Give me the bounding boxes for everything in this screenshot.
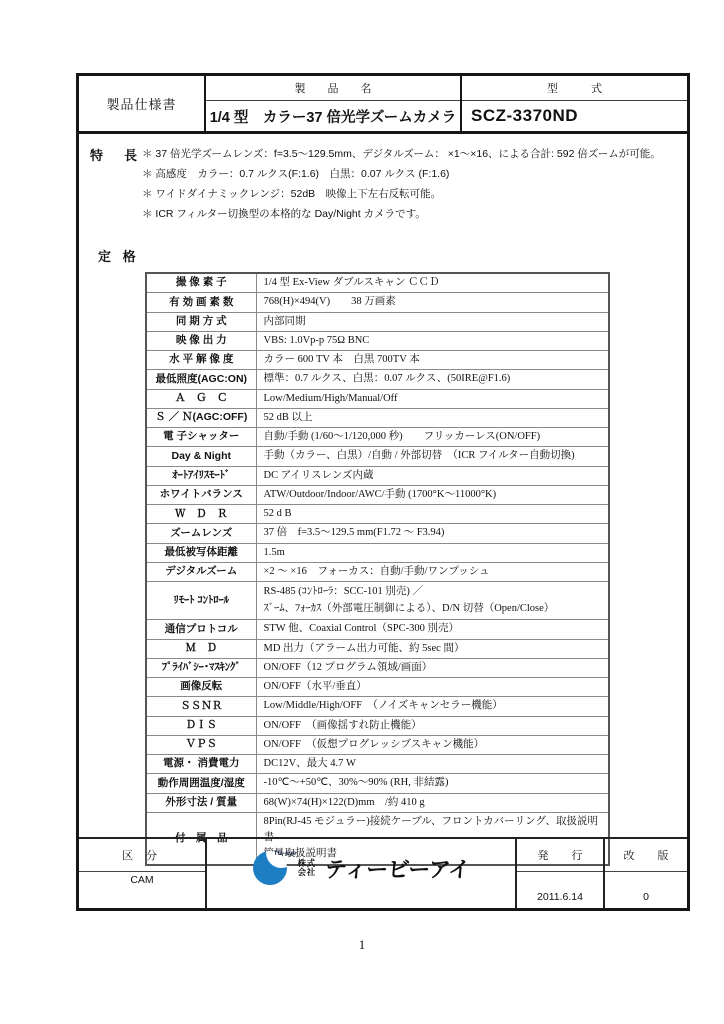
table-row: 動作周囲温度/湿度-10℃～+50℃、30%～90% (RH, 非結露) — [146, 774, 609, 793]
company-logo: TB-eye 株式会社 ティービーアイ — [253, 850, 470, 886]
features-list: ＊ 37 倍光学ズームレンズ：f=3.5～129.5mm、デジタルズーム： ×1… — [142, 144, 661, 224]
table-row: Ｍ ＤMD 出力（アラーム出力可能、約 5sec 間） — [146, 639, 609, 658]
logo-cell: TB-eye 株式会社 ティービーアイ — [207, 839, 515, 908]
spec-value: カラー 600 TV 本 白黒 700TV 本 — [256, 351, 609, 370]
company-prefix: 株式会社 — [298, 859, 316, 878]
spec-table: 撮 像 素 子1/4 型 Ex-View ダブルスキャン ＣＣＤ 有 効 画 素… — [145, 272, 610, 866]
model-label: 型 式 — [462, 76, 687, 101]
document-header: 製品仕様書 製 品 名 1/4 型 カラー37 倍光学ズームカメラ 型 式 SC… — [79, 76, 687, 134]
feature-item: ＊ 高感度 カラー：0.7 ルクス(F:1.6) 白黒：0.07 ルクス (F:… — [142, 164, 661, 184]
table-row: 撮 像 素 子1/4 型 Ex-View ダブルスキャン ＣＣＤ — [146, 273, 609, 293]
spec-value: 52 dB 以上 — [256, 408, 609, 427]
spec-label: Day & Night — [146, 447, 256, 466]
table-row: 水 平 解 像 度カラー 600 TV 本 白黒 700TV 本 — [146, 351, 609, 370]
table-row: Day & Night手動（カラー、白黒）/自動 / 外部切替 （ICR フイル… — [146, 447, 609, 466]
spec-value: DC12V、最大 4.7 W — [256, 755, 609, 774]
spec-sheet-page: 製品仕様書 製 品 名 1/4 型 カラー37 倍光学ズームカメラ 型 式 SC… — [0, 0, 724, 1024]
table-row: 映 像 出 力VBS: 1.0Vp-p 75Ω BNC — [146, 331, 609, 350]
spec-value: 768(H)×494(V) 38 万画素 — [256, 293, 609, 312]
spec-value: -10℃～+50℃、30%～90% (RH, 非結露) — [256, 774, 609, 793]
table-row: ＤＩＳON/OFF （画像揺すれ防止機能） — [146, 716, 609, 735]
spec-label: ﾌﾟﾗｲﾊﾞｼｰ･ﾏｽｷﾝｸﾞ — [146, 658, 256, 677]
issue-date: 2011.6.14 — [517, 872, 603, 908]
model-number: SCZ-3370ND — [462, 101, 687, 131]
spec-value: RS-485 (ｺﾝﾄﾛｰﾗ：SCC-101 別売) ／ ｽﾞｰﾑ、ﾌｫｰｶｽ（… — [256, 582, 609, 620]
spec-label: 電 子シャッター — [146, 428, 256, 447]
spec-value: STW 他、Coaxial Control（SPC-300 別売） — [256, 620, 609, 639]
category-column: 区 分 CAM — [79, 839, 207, 908]
doc-title: 製品仕様書 — [79, 76, 206, 131]
spec-label: 映 像 出 力 — [146, 331, 256, 350]
table-row: ズームレンズ37 倍 f=3.5～129.5 mm(F1.72 ～ F3.94) — [146, 524, 609, 543]
spec-value: ON/OFF（12 プログラム領域/画面） — [256, 658, 609, 677]
ratings-heading: 定 格 — [98, 246, 687, 265]
table-row: ＳＳＮＲLow/Middle/High/OFF （ノイズキャンセラー機能） — [146, 697, 609, 716]
table-row: ホワイトバランスATW/Outdoor/Indoor/AWC/手動 (1700°… — [146, 485, 609, 504]
spec-label: Ａ Ｇ Ｃ — [146, 389, 256, 408]
table-row: 外形寸法 / 質量68(W)×74(H)×122(D)mm /約 410 g — [146, 793, 609, 812]
spec-label: ＤＩＳ — [146, 716, 256, 735]
spec-value: ON/OFF（水平/垂直） — [256, 678, 609, 697]
table-row: 有 効 画 素 数768(H)×494(V) 38 万画素 — [146, 293, 609, 312]
spec-label: Ｓ ／ Ｎ(AGC:OFF) — [146, 408, 256, 427]
spec-value: 37 倍 f=3.5～129.5 mm(F1.72 ～ F3.94) — [256, 524, 609, 543]
spec-value: ×2 ～ ×16 フォーカス：自動/手動/ワンプッシュ — [256, 562, 609, 581]
table-row: 同 期 方 式内部同期 — [146, 312, 609, 331]
spec-label: 動作周囲温度/湿度 — [146, 774, 256, 793]
product-name-column: 製 品 名 1/4 型 カラー37 倍光学ズームカメラ — [206, 76, 462, 131]
spec-label: ﾘﾓｰﾄ ｺﾝﾄﾛｰﾙ — [146, 582, 256, 620]
spec-label: 水 平 解 像 度 — [146, 351, 256, 370]
spec-label: ｵｰﾄｱｲﾘｽﾓｰﾄﾞ — [146, 466, 256, 485]
spec-label: ズームレンズ — [146, 524, 256, 543]
issue-label: 発 行 — [517, 839, 603, 872]
document-frame: 製品仕様書 製 品 名 1/4 型 カラー37 倍光学ズームカメラ 型 式 SC… — [76, 73, 690, 911]
spec-label: 同 期 方 式 — [146, 312, 256, 331]
tbeye-logo-icon: TB-eye — [253, 850, 289, 886]
feature-item: ＊ ICR フィルター切換型の本格的な Day/Night カメラです。 — [142, 204, 661, 224]
table-row: ﾘﾓｰﾄ ｺﾝﾄﾛｰﾙRS-485 (ｺﾝﾄﾛｰﾗ：SCC-101 別売) ／ … — [146, 582, 609, 620]
spec-label: ホワイトバランス — [146, 485, 256, 504]
table-row: ｵｰﾄｱｲﾘｽﾓｰﾄﾞDC アイリスレンズ内蔵 — [146, 466, 609, 485]
spec-value: DC アイリスレンズ内蔵 — [256, 466, 609, 485]
revision-value: 0 — [605, 872, 687, 908]
spec-value: ON/OFF （仮想プログレッシブスキャン機能） — [256, 735, 609, 754]
table-row: Ｓ ／ Ｎ(AGC:OFF)52 dB 以上 — [146, 408, 609, 427]
table-row: 通信プロトコルSTW 他、Coaxial Control（SPC-300 別売） — [146, 620, 609, 639]
spec-label: 最低照度(AGC:ON) — [146, 370, 256, 389]
table-row: 最低照度(AGC:ON)標準：0.7 ルクス、白黒：0.07 ルクス、(50IR… — [146, 370, 609, 389]
spec-label: Ｍ Ｄ — [146, 639, 256, 658]
spec-label: 通信プロトコル — [146, 620, 256, 639]
product-name: 1/4 型 カラー37 倍光学ズームカメラ — [206, 101, 460, 131]
product-name-label: 製 品 名 — [206, 76, 460, 101]
spec-value: ATW/Outdoor/Indoor/AWC/手動 (1700°K～11000°… — [256, 485, 609, 504]
features-heading: 特 長 — [90, 144, 142, 224]
logo-mark-text: TB-eye — [274, 850, 297, 857]
category-label: 区 分 — [79, 839, 205, 872]
revision-label: 改 版 — [605, 839, 687, 872]
spec-value: 標準：0.7 ルクス、白黒：0.07 ルクス、(50IRE@F1.6) — [256, 370, 609, 389]
document-footer: 区 分 CAM TB-eye 株式会社 ティービーアイ 発 行 2011.6.1… — [79, 837, 687, 908]
table-row: デジタルズーム×2 ～ ×16 フォーカス：自動/手動/ワンプッシュ — [146, 562, 609, 581]
spec-value: ON/OFF （画像揺すれ防止機能） — [256, 716, 609, 735]
spec-label: 画像反転 — [146, 678, 256, 697]
feature-item: ＊ 37 倍光学ズームレンズ：f=3.5～129.5mm、デジタルズーム： ×1… — [142, 144, 661, 164]
spec-label: Ｗ Ｄ Ｒ — [146, 505, 256, 524]
spec-label: デジタルズーム — [146, 562, 256, 581]
spec-label: 外形寸法 / 質量 — [146, 793, 256, 812]
model-column: 型 式 SCZ-3370ND — [462, 76, 687, 131]
spec-value: 1/4 型 Ex-View ダブルスキャン ＣＣＤ — [256, 273, 609, 293]
table-row: 画像反転ON/OFF（水平/垂直） — [146, 678, 609, 697]
spec-label: 有 効 画 素 数 — [146, 293, 256, 312]
table-row: 電源・ 消費電力DC12V、最大 4.7 W — [146, 755, 609, 774]
feature-item: ＊ ワイドダイナミックレンジ：52dB 映像上下左右反転可能。 — [142, 184, 661, 204]
page-number: 1 — [0, 937, 724, 953]
spec-label: 撮 像 素 子 — [146, 273, 256, 293]
table-row: ﾌﾟﾗｲﾊﾞｼｰ･ﾏｽｷﾝｸﾞON/OFF（12 プログラム領域/画面） — [146, 658, 609, 677]
spec-value: 68(W)×74(H)×122(D)mm /約 410 g — [256, 793, 609, 812]
spec-value: Low/Middle/High/OFF （ノイズキャンセラー機能） — [256, 697, 609, 716]
spec-value: 手動（カラー、白黒）/自動 / 外部切替 （ICR フイルター自動切換) — [256, 447, 609, 466]
revision-column: 改 版 0 — [603, 839, 687, 908]
spec-value: 内部同期 — [256, 312, 609, 331]
table-row: Ｗ Ｄ Ｒ52 d B — [146, 505, 609, 524]
spec-label: 電源・ 消費電力 — [146, 755, 256, 774]
category-value: CAM — [79, 872, 205, 908]
table-row: 電 子シャッター自動/手動 (1/60～1/120,000 秒) フリッカーレス… — [146, 428, 609, 447]
spec-label: ＳＳＮＲ — [146, 697, 256, 716]
spec-value: 自動/手動 (1/60～1/120,000 秒) フリッカーレス(ON/OFF) — [256, 428, 609, 447]
spec-label: 最低被写体距離 — [146, 543, 256, 562]
spec-value: 1.5m — [256, 543, 609, 562]
table-row: ＶＰＳON/OFF （仮想プログレッシブスキャン機能） — [146, 735, 609, 754]
spec-value: Low/Medium/High/Manual/Off — [256, 389, 609, 408]
company-name: ティービーアイ — [324, 853, 471, 884]
spec-label: ＶＰＳ — [146, 735, 256, 754]
spec-value: VBS: 1.0Vp-p 75Ω BNC — [256, 331, 609, 350]
spec-value: 52 d B — [256, 505, 609, 524]
features-section: 特 長 ＊ 37 倍光学ズームレンズ：f=3.5～129.5mm、デジタルズーム… — [79, 134, 687, 224]
spec-value: MD 出力（アラーム出力可能、約 5sec 間） — [256, 639, 609, 658]
table-row: Ａ Ｇ ＣLow/Medium/High/Manual/Off — [146, 389, 609, 408]
table-row: 最低被写体距離1.5m — [146, 543, 609, 562]
issue-column: 発 行 2011.6.14 — [515, 839, 603, 908]
